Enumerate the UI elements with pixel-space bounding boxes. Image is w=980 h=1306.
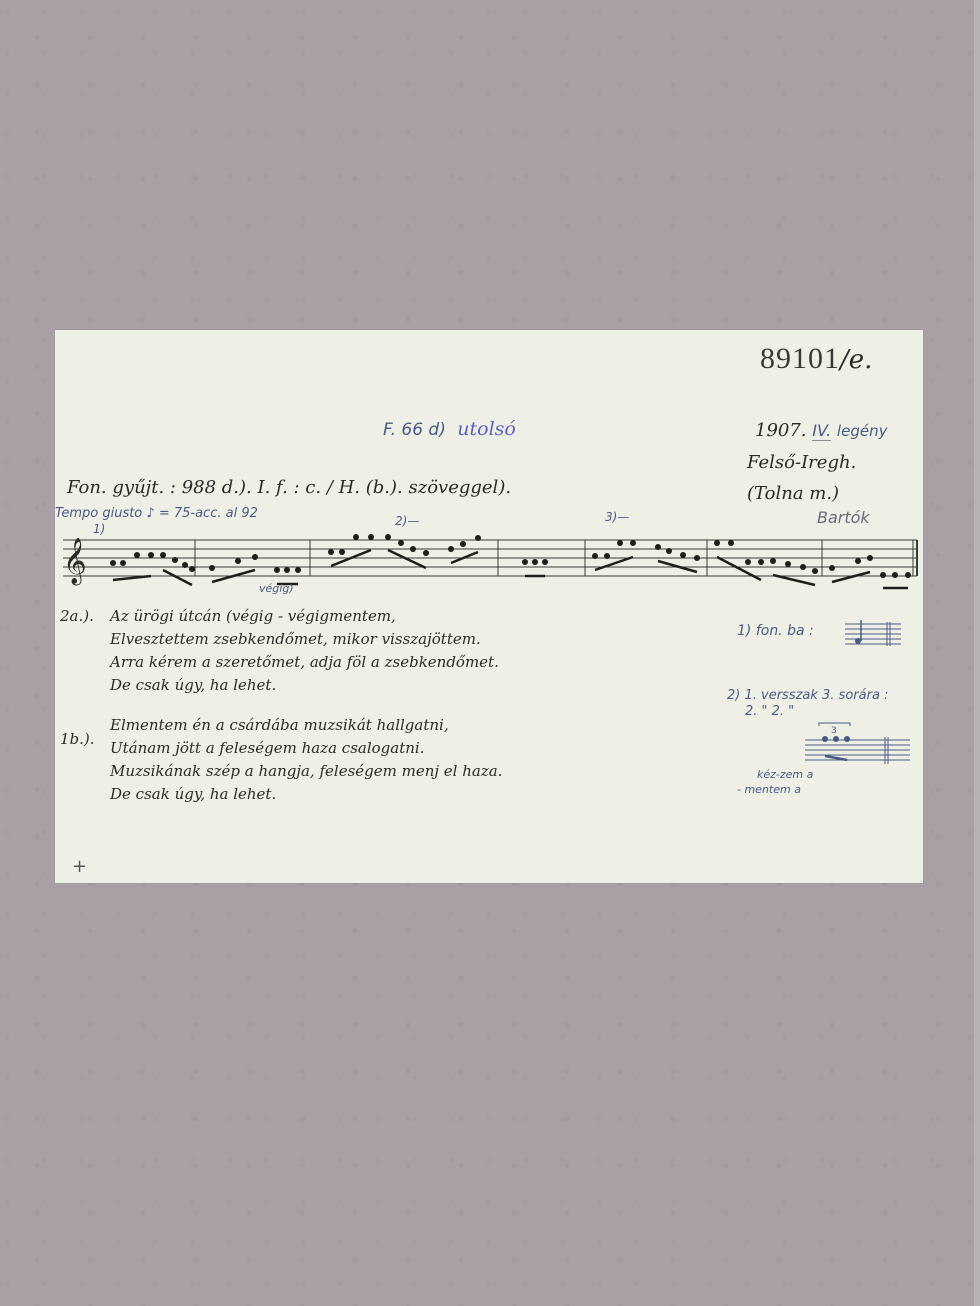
footnote-2-line-1: 2) 1. versszak 3. sorára : [727,688,888,703]
music-staff: 𝄞 [55,530,923,600]
manuscript-card: 89101/e. F. 66 d) utolsó 1907. IV. legén… [55,330,923,883]
footnote-2-line-2: 2. " 2. " [745,704,794,719]
stanza-1: Az ürögi útcán (végig - végigmentem, Elv… [110,605,499,697]
date: 1907. [755,420,807,441]
reference-note: utolsó [457,418,516,440]
footnote-2-lyric-1: kéz-zem a [757,768,813,781]
below-staff-note: végig) [259,582,294,595]
collector: Bartók [817,508,870,527]
stanza-2-line-2: Utánam jött a feleségem haza csalogatni. [110,737,502,760]
page-edge [974,0,980,1306]
stanza-label-2: 1b.). [60,728,95,751]
stanza-1-line-2: Elvesztettem zsebkendőmet, mikor visszaj… [110,628,499,651]
place: Felső-Iregh. [747,452,856,473]
tempo-marking: Tempo giusto ♪ = 75-acc. al 92 [55,506,258,521]
footnote-1: 1) fon. ba : [737,623,814,639]
performer: legény [837,422,888,440]
stanza-1-line-1: Az ürögi útcán (végig - végigmentem, [110,605,499,628]
catalog-suffix: /e. [840,345,872,375]
corner-mark: + [72,856,87,877]
triplet-mark: 3 [831,726,837,736]
staff-marker-2: 2)— [395,514,419,528]
svg-text:𝄞: 𝄞 [63,538,87,586]
header-line: Fon. gyűjt. : 988 d.). I. f. : c. / H. (… [67,477,511,498]
staff-marker-3: 3)— [605,510,629,524]
footnote-2-staff: 3 [805,722,915,768]
footnote-2-lyric-2: - mentem a [737,783,801,796]
reference-line: F. 66 d) utolsó [383,418,516,440]
catalog-number: 89101 [760,342,840,375]
stanza-1-line-4: De csak úgy, ha lehet. [110,674,499,697]
stanza-2-line-1: Elmentem én a csárdába muzsikát hallgatn… [110,714,502,737]
stanza-label-1: 2a.). [60,605,94,628]
county: (Tolna m.) [747,483,839,504]
footnote-1-staff [845,616,905,648]
reference: F. 66 d) [383,420,446,440]
stanza-2-line-4: De csak úgy, ha lehet. [110,783,502,806]
month: IV. [812,421,831,441]
date-line: 1907. IV. legény [755,420,887,441]
catalog-stamp: 89101/e. [760,342,872,376]
stanza-2-line-3: Muzsikának szép a hangja, feleségem menj… [110,760,502,783]
stanza-2: Elmentem én a csárdába muzsikát hallgatn… [110,714,502,806]
stanza-1-line-3: Arra kérem a szeretőmet, adja föl a zseb… [110,651,499,674]
